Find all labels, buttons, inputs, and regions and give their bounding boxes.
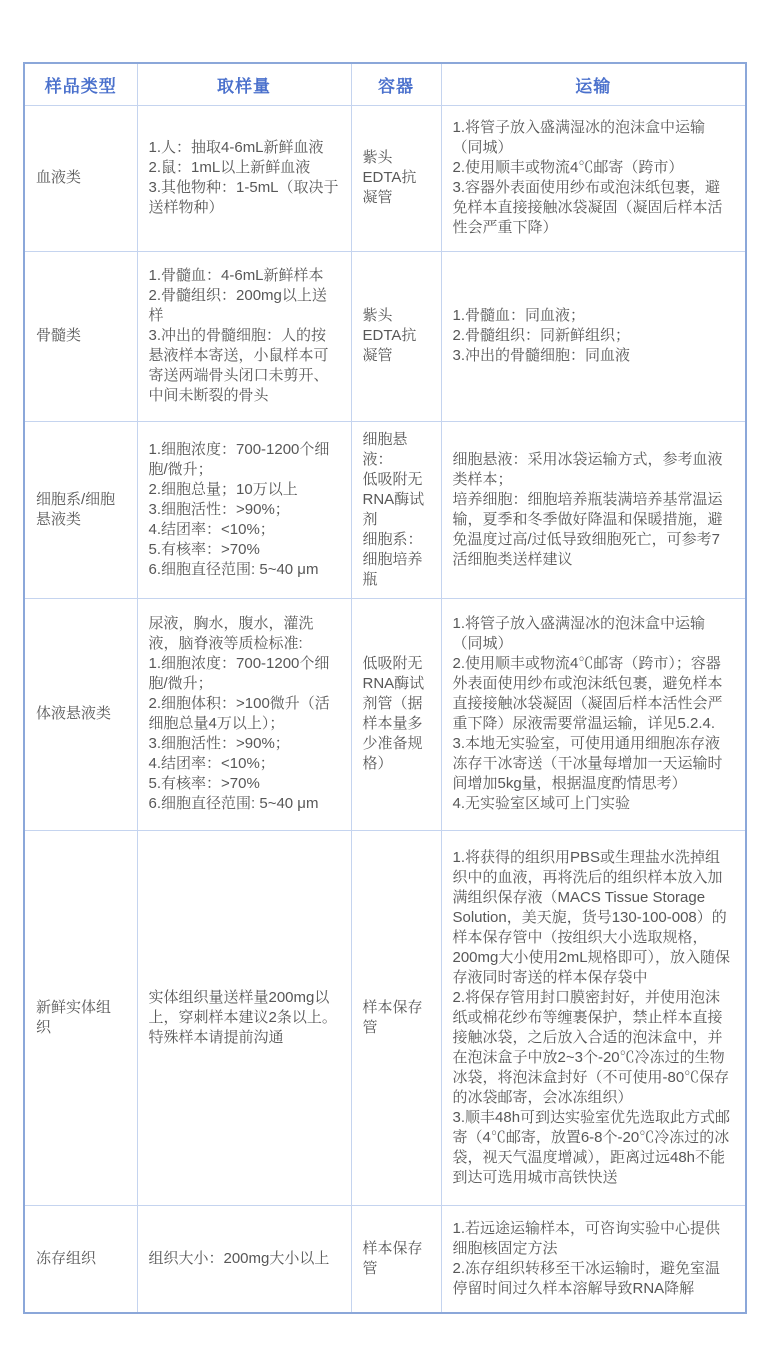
container-cell: 紫头EDTA抗凝管 xyxy=(351,105,441,251)
transport-cell: 1.骨髓血：同血液； 2.骨髓组织：同新鲜组织； 3.冲出的骨髓细胞：同血液 xyxy=(441,251,746,421)
amount-cell: 1.骨髓血：4-6mL新鲜样本 2.骨髓组织：200mg以上送样 3.冲出的骨髓… xyxy=(137,251,351,421)
amount-cell: 实体组织量送样量200mg以上，穿刺样本建议2条以上。特殊样本请提前沟通 xyxy=(137,830,351,1205)
table-row-blood: 血液类 1.人：抽取4-6mL新鲜血液 2.鼠：1mL以上新鲜血液 3.其他物种… xyxy=(24,105,746,251)
sample-type-cell: 新鲜实体组织 xyxy=(24,830,137,1205)
table-header-row: 样品类型 取样量 容器 运输 xyxy=(24,63,746,105)
table-row-bone-marrow: 骨髓类 1.骨髓血：4-6mL新鲜样本 2.骨髓组织：200mg以上送样 3.冲… xyxy=(24,251,746,421)
container-cell: 细胞悬液： 低吸附无RNA酶试剂 细胞系： 细胞培养瓶 xyxy=(351,421,441,598)
sample-logistics-table-container: 样品类型 取样量 容器 运输 血液类 1.人：抽取4-6mL新鲜血液 2.鼠：1… xyxy=(23,62,747,1314)
header-sampling-amount: 取样量 xyxy=(137,63,351,105)
table-row-frozen-tissue: 冻存组织 组织大小：200mg大小以上 样本保存管 1.若远途运输样本，可咨询实… xyxy=(24,1205,746,1313)
table-row-fresh-solid-tissue: 新鲜实体组织 实体组织量送样量200mg以上，穿刺样本建议2条以上。特殊样本请提… xyxy=(24,830,746,1205)
transport-cell: 1.将管子放入盛满湿冰的泡沫盒中运输（同城） 2.使用顺丰或物流4℃邮寄（跨市）… xyxy=(441,105,746,251)
table-row-cell-line-suspension: 细胞系/细胞悬液类 1.细胞浓度：700-1200个细胞/微升； 2.细胞总量；… xyxy=(24,421,746,598)
transport-cell: 1.将获得的组织用PBS或生理盐水洗掉组织中的血液，再将洗后的组织样本放入加满组… xyxy=(441,830,746,1205)
container-cell: 低吸附无RNA酶试剂管（据样本量多少准备规格） xyxy=(351,598,441,830)
header-sample-type: 样品类型 xyxy=(24,63,137,105)
sample-logistics-table: 样品类型 取样量 容器 运输 血液类 1.人：抽取4-6mL新鲜血液 2.鼠：1… xyxy=(23,62,747,1314)
container-cell: 紫头EDTA抗凝管 xyxy=(351,251,441,421)
amount-cell: 1.人：抽取4-6mL新鲜血液 2.鼠：1mL以上新鲜血液 3.其他物种：1-5… xyxy=(137,105,351,251)
amount-cell: 尿液，胸水，腹水，灌洗液，脑脊液等质检标准: 1.细胞浓度：700-1200个细… xyxy=(137,598,351,830)
sample-type-cell: 细胞系/细胞悬液类 xyxy=(24,421,137,598)
sample-type-cell: 冻存组织 xyxy=(24,1205,137,1313)
sample-type-cell: 血液类 xyxy=(24,105,137,251)
table-row-body-fluid-suspension: 体液悬液类 尿液，胸水，腹水，灌洗液，脑脊液等质检标准: 1.细胞浓度：700-… xyxy=(24,598,746,830)
amount-cell: 1.细胞浓度：700-1200个细胞/微升； 2.细胞总量；10万以上 3.细胞… xyxy=(137,421,351,598)
transport-cell: 1.若远途运输样本，可咨询实验中心提供细胞核固定方法 2.冻存组织转移至干冰运输… xyxy=(441,1205,746,1313)
transport-cell: 细胞悬液：采用冰袋运输方式，参考血液类样本； 培养细胞：细胞培养瓶装满培养基常温… xyxy=(441,421,746,598)
amount-cell: 组织大小：200mg大小以上 xyxy=(137,1205,351,1313)
sample-type-cell: 体液悬液类 xyxy=(24,598,137,830)
container-cell: 样本保存管 xyxy=(351,1205,441,1313)
container-cell: 样本保存管 xyxy=(351,830,441,1205)
sample-type-cell: 骨髓类 xyxy=(24,251,137,421)
header-transport: 运输 xyxy=(441,63,746,105)
header-container: 容器 xyxy=(351,63,441,105)
transport-cell: 1.将管子放入盛满湿冰的泡沫盒中运输（同城） 2.使用顺丰或物流4℃邮寄（跨市）… xyxy=(441,598,746,830)
